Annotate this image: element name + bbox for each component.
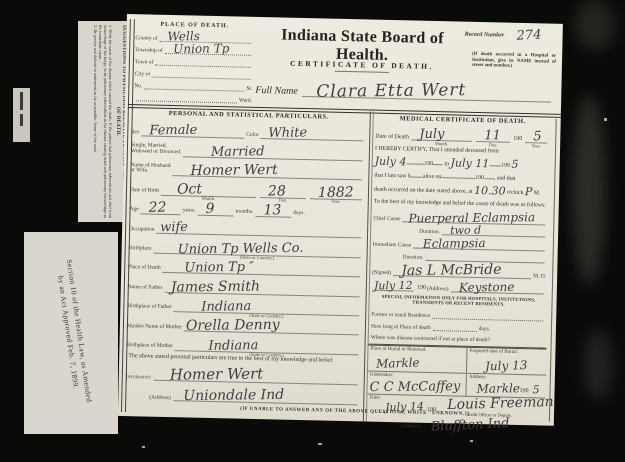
certify-paragraph: I HEREBY CERTIFY, That I attended deceas… bbox=[372, 140, 551, 212]
mother-birthplace-label: Birthplace of Mother bbox=[126, 343, 173, 351]
year-sublabel: Year. bbox=[525, 143, 547, 148]
certify-line2a: that I last saw h bbox=[374, 173, 411, 180]
scan-speck bbox=[142, 446, 145, 448]
record-number-label: Record Number bbox=[465, 32, 505, 39]
undertaker-address-label: Address: bbox=[469, 375, 544, 382]
to-year-handwriting: 5 bbox=[511, 158, 518, 171]
year-printed: 190 bbox=[475, 175, 484, 181]
full-name-row: Full Name Clara Etta Wert bbox=[255, 81, 553, 103]
marital-label: Single, Married, Widowed or Divorced. bbox=[131, 143, 182, 157]
informant-address-handwriting: Uniondale Ind bbox=[183, 387, 284, 404]
medical-certificate-column: MEDICAL CERTIFICATE OF DEATH. Date of De… bbox=[367, 113, 552, 437]
scan-smudge bbox=[575, 0, 615, 50]
officer-address-handwriting: Bluffton Ind bbox=[430, 416, 509, 435]
st-label: St. bbox=[246, 86, 252, 92]
undertaker-handwriting: C C McCaffey bbox=[370, 379, 461, 395]
officer-address-label: (Address) bbox=[401, 424, 421, 429]
to-word: to bbox=[444, 161, 449, 167]
full-name-handwriting: Clara Etta Wert bbox=[316, 80, 466, 102]
signature-address-label: (Address) bbox=[427, 286, 449, 292]
burial-table: Place of Burial or Removal. Markle Propo… bbox=[367, 344, 547, 436]
county-label: County of bbox=[135, 35, 157, 42]
year-printed: 190 bbox=[501, 163, 510, 169]
spouse-label: Name of Husband or Wife. bbox=[130, 163, 170, 176]
suggestions-rotated-text: SUGGESTIONS TO PHYSICIANS RELATIVE TO ST… bbox=[78, 21, 128, 222]
certify-line3: death occurred on the date stated above,… bbox=[374, 187, 473, 195]
death-time-handwriting: 10.30 bbox=[474, 184, 506, 198]
year-printed-prefix: 190 bbox=[512, 136, 523, 143]
oclock-label: o'clock bbox=[507, 190, 524, 196]
age-months-handwriting: 9 bbox=[206, 201, 215, 217]
township-label: Township of bbox=[135, 47, 163, 54]
burial-row: Place of Burial or Removal. Markle Propo… bbox=[368, 345, 547, 375]
undertaker-address-handwriting: Markle bbox=[477, 381, 521, 396]
section10-fragment: Section 10 of the Health Law, as Amended… bbox=[24, 232, 118, 434]
burial-place-label: Place of Burial or Removal. bbox=[370, 346, 464, 353]
torn-paper-sliver bbox=[13, 88, 30, 142]
burial-date-handwriting: July 13 bbox=[485, 358, 528, 373]
record-number-block: Record Number 274 bbox=[465, 32, 557, 40]
date-of-death-label: Date of Death bbox=[375, 134, 409, 141]
certify-line1: I HEREBY CERTIFY, That I attended deceas… bbox=[375, 146, 499, 155]
full-name-label: Full Name bbox=[255, 85, 300, 97]
personal-particulars-column: PERSONAL AND STATISTICAL PARTICULARS. Se… bbox=[123, 107, 368, 405]
age-years-handwriting: 22 bbox=[149, 200, 167, 216]
informant-label: Informant: bbox=[126, 374, 152, 381]
day-sublabel: Day. bbox=[476, 141, 510, 147]
no-label: No. bbox=[134, 83, 142, 89]
section10-rotated-text: Section 10 of the Health Law, as Amended… bbox=[43, 232, 99, 433]
where-contracted-label: Where was disease contracted if not at p… bbox=[371, 334, 490, 343]
informant-handwriting: Homer Wert bbox=[170, 364, 264, 383]
death-certificate: PLACE OF DEATH. County of Wells Township… bbox=[118, 14, 563, 426]
m-label: M. bbox=[534, 190, 541, 196]
burial-date-label: Proposed date of Burial: bbox=[469, 349, 544, 356]
signature-date-address-row: July 12 190 (Address) Keystone bbox=[370, 276, 548, 295]
ampm-handwriting: P bbox=[525, 185, 533, 198]
burial-place-handwriting: Markle bbox=[376, 355, 420, 370]
town-label: Town of bbox=[135, 59, 154, 65]
certify-line4: To the best of my knowledge and belief t… bbox=[374, 199, 546, 209]
scan-speck bbox=[318, 443, 322, 445]
attended-to-handwriting: July 11 bbox=[450, 156, 489, 170]
physician-address-handwriting: Keystone bbox=[459, 280, 515, 295]
place-of-death-block: PLACE OF DEATH. County of Wells Township… bbox=[134, 21, 254, 104]
ward-label: Ward. bbox=[239, 98, 252, 104]
scan-speck bbox=[604, 118, 607, 121]
scan-smudge bbox=[584, 330, 612, 400]
certify-line2c: , and that bbox=[494, 175, 516, 181]
township-handwriting: Union Tp bbox=[173, 41, 229, 56]
year-printed-prefix: 190 bbox=[416, 285, 427, 292]
signature-date-handwriting: July 12 bbox=[374, 279, 413, 292]
city-label: City of bbox=[135, 71, 151, 77]
suggestions-margin-strip: SUGGESTIONS TO PHYSICIANS RELATIVE TO ST… bbox=[78, 21, 128, 222]
attended-from-handwriting: July 4 bbox=[375, 155, 407, 169]
hospital-instruction-note: (If death occurred in a Hospital or Inst… bbox=[472, 52, 556, 71]
scan-speck bbox=[470, 440, 473, 442]
year-printed: 190 bbox=[424, 161, 433, 167]
informant-address-label: (Address) bbox=[149, 394, 171, 400]
certify-line2b: alive on bbox=[423, 174, 442, 180]
scan-smudge bbox=[572, 95, 606, 285]
health-officer-signature-handwriting: Louis Freeman bbox=[447, 394, 554, 413]
suggestions-paragraph-2: 2. Be precise and definite in statements… bbox=[92, 25, 97, 218]
suggestions-paragraph-1: 1. Write the name of the disease which c… bbox=[97, 25, 112, 218]
age-days-handwriting: 13 bbox=[263, 202, 281, 218]
record-number-handwriting: 274 bbox=[516, 28, 542, 44]
